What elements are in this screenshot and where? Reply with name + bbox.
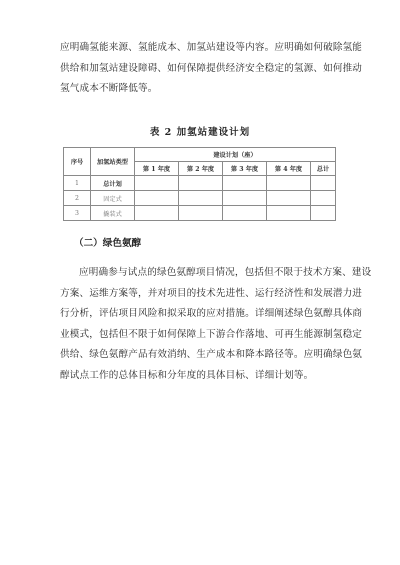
cell-value — [179, 191, 223, 206]
body-paragraph: 应明确参与试点的绿色氨醇项目情况，包括但不限于技术方案、建设 方案、运维方案等，… — [60, 263, 340, 386]
cell-type: 固定式 — [91, 191, 135, 206]
cell-value — [179, 206, 223, 221]
cell-value — [267, 191, 311, 206]
paragraph-line: 供给和加氢站建设障碍、如何保障提供经济安全稳定的氢源、如何推动 — [60, 59, 340, 80]
cell-value — [223, 191, 267, 206]
cell-index: 2 — [64, 191, 91, 206]
intro-paragraph: 应明确氢能来源、氢能成本、加氢站建设等内容。应明确如何破除氢能 供给和加氢站建设… — [60, 38, 340, 100]
table-header-row: 序号 加氢站类型 建设计划（座） — [64, 148, 336, 162]
header-total: 总计 — [311, 162, 336, 176]
section-heading: （二）绿色氨醇 — [74, 235, 141, 249]
table-title: 表 2 加氢站建设计划 — [0, 124, 400, 138]
cell-value — [223, 176, 267, 191]
cell-value — [267, 206, 311, 221]
header-index: 序号 — [64, 148, 91, 176]
paragraph-line: 醇试点工作的总体目标和分年度的具体目标、详细计划等。 — [60, 366, 340, 387]
cell-index: 1 — [64, 176, 91, 191]
cell-value — [135, 176, 179, 191]
paragraph-line: 供给、绿色氨醇产品有效消纳、生产成本和降本路径等。应明确绿色氨 — [60, 345, 340, 366]
table-row: 3 撬装式 — [64, 206, 336, 221]
construction-plan-table: 序号 加氢站类型 建设计划（座） 第 1 年度 第 2 年度 第 3 年度 第 … — [63, 147, 336, 221]
cell-type: 总计划 — [91, 176, 135, 191]
table-row: 1 总计划 — [64, 176, 336, 191]
cell-type: 撬装式 — [91, 206, 135, 221]
header-year-2: 第 2 年度 — [179, 162, 223, 176]
paragraph-line: 氢气成本不断降低等。 — [60, 79, 340, 100]
cell-value — [135, 206, 179, 221]
paragraph-line: 业模式，包括但不限于如何保障上下游合作落地、可再生能源制氢稳定 — [60, 325, 340, 346]
cell-value — [311, 191, 336, 206]
cell-value — [223, 206, 267, 221]
table-row: 2 固定式 — [64, 191, 336, 206]
header-plan-group: 建设计划（座） — [135, 148, 336, 162]
cell-value — [311, 176, 336, 191]
cell-value — [311, 206, 336, 221]
cell-value — [135, 191, 179, 206]
header-year-1: 第 1 年度 — [135, 162, 179, 176]
paragraph-line: 应明确参与试点的绿色氨醇项目情况，包括但不限于技术方案、建设 — [60, 263, 340, 284]
cell-value — [267, 176, 311, 191]
paragraph-line: 方案、运维方案等，并对项目的技术先进性、运行经济性和发展潜力进 — [60, 284, 340, 305]
paragraph-line: 行分析，评估项目风险和拟采取的应对措施。详细阐述绿色氨醇具体商 — [60, 304, 340, 325]
header-year-4: 第 4 年度 — [267, 162, 311, 176]
header-station-type: 加氢站类型 — [91, 148, 135, 176]
paragraph-line: 应明确氢能来源、氢能成本、加氢站建设等内容。应明确如何破除氢能 — [60, 38, 340, 59]
cell-value — [179, 176, 223, 191]
header-year-3: 第 3 年度 — [223, 162, 267, 176]
cell-index: 3 — [64, 206, 91, 221]
